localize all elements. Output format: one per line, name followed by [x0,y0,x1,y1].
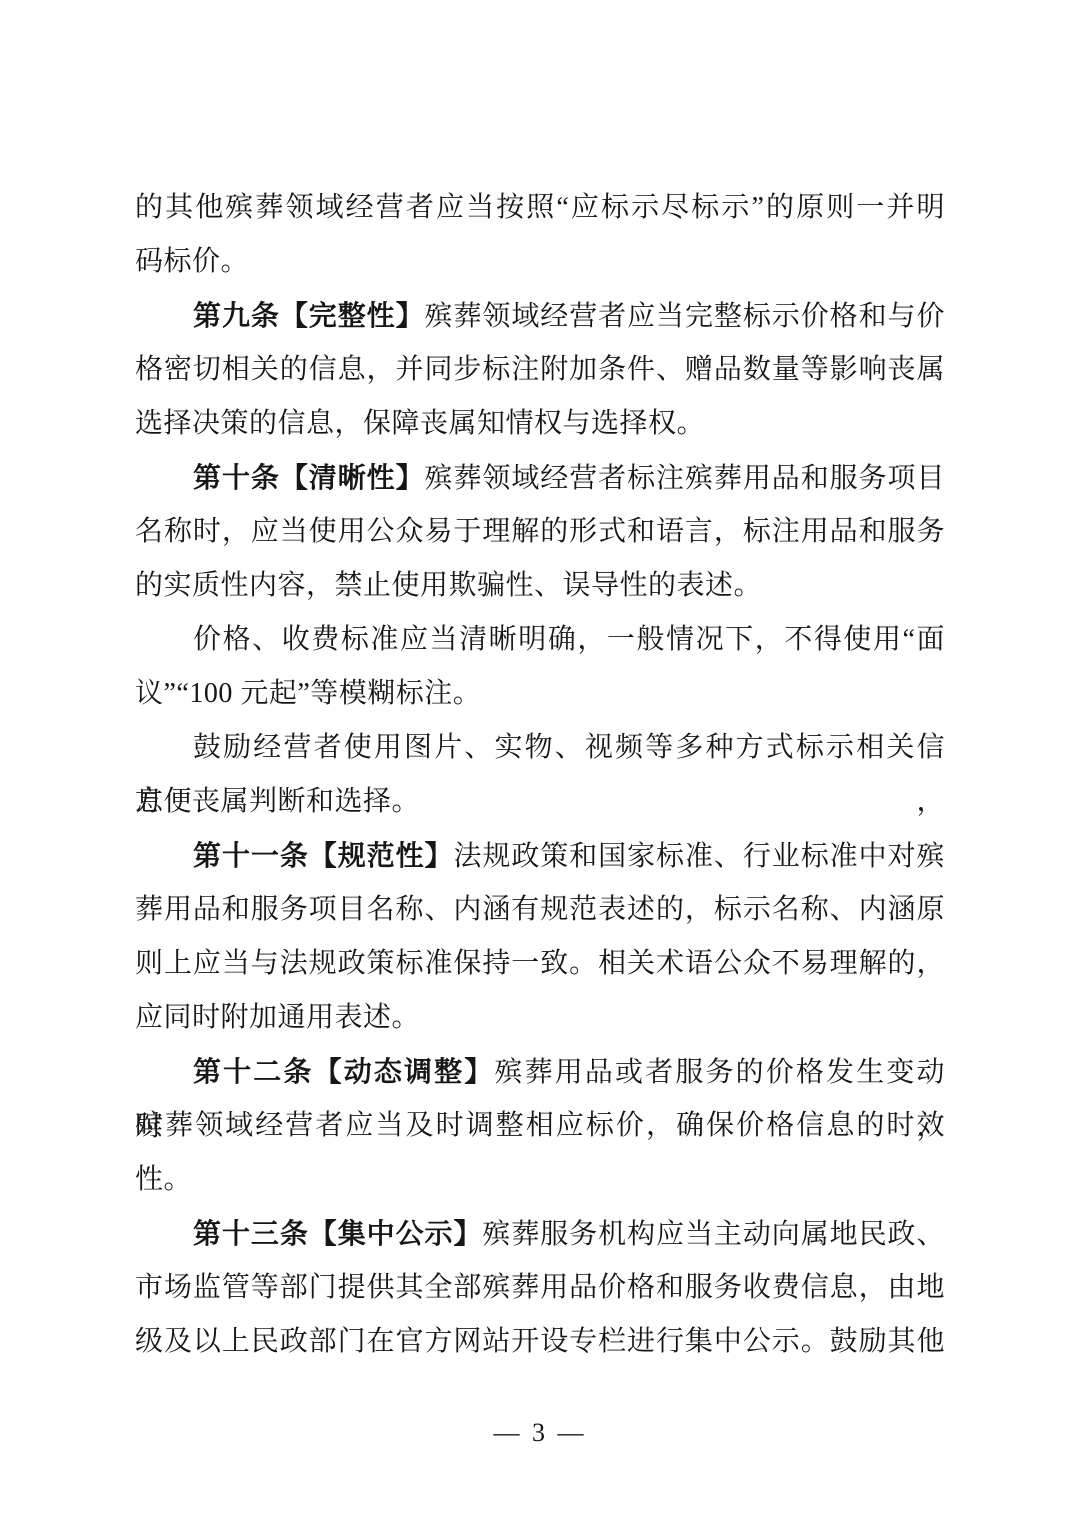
text-line: 第九条【完整性】殡葬领域经营者应当完整标示价格和与价 [135,289,945,343]
body-text: 的其他殡葬领域经营者应当按照“应标示尽标示”的原则一并明码标价。第九条【完整性】… [135,181,945,1369]
text-line: 议”“100 元起”等模糊标注。 [135,667,945,721]
text-line: 第十二条【动态调整】殡葬用品或者服务的价格发生变动时， [135,1045,945,1099]
text-line: 性。 [135,1153,945,1207]
text-line: 的其他殡葬领域经营者应当按照“应标示尽标示”的原则一并明 [135,181,945,235]
text-line: 的实质性内容，禁止使用欺骗性、误导性的表述。 [135,559,945,613]
text-run: 法规政策和国家标准、行业标准中对殡 [453,841,945,872]
text-line: 名称时，应当使用公众易于理解的形式和语言，标注用品和服务 [135,505,945,559]
article-heading-run: 第十二条【动态调整】 [193,1056,494,1087]
text-line: 级及以上民政部门在官方网站开设专栏进行集中公示。鼓励其他 [135,1315,945,1369]
article-heading-run: 第十三条【集中公示】 [193,1218,482,1249]
text-line: 第十条【清晰性】殡葬领域经营者标注殡葬用品和服务项目 [135,451,945,505]
text-run: 议”“100 元起”等模糊标注。 [135,678,481,709]
page-number: — 3 — [0,1406,1080,1460]
text-run: 性。 [135,1164,192,1195]
text-run: 选择决策的信息，保障丧属知情权与选择权。 [135,408,705,439]
text-line: 选择决策的信息，保障丧属知情权与选择权。 [135,397,945,451]
text-line: 殡葬领域经营者应当及时调整相应标价，确保价格信息的时效 [135,1099,945,1153]
text-run: 殡葬领域经营者应当及时调整相应标价，确保价格信息的时效 [135,1110,945,1141]
text-run: 名称时，应当使用公众易于理解的形式和语言，标注用品和服务 [135,516,945,547]
text-line: 第十三条【集中公示】殡葬服务机构应当主动向属地民政、 [135,1207,945,1261]
text-line: 葬用品和服务项目名称、内涵有规范表述的，标示名称、内涵原 [135,883,945,937]
text-run: 级及以上民政部门在官方网站开设专栏进行集中公示。鼓励其他 [135,1326,945,1357]
text-line: 则上应当与法规政策标准保持一致。相关术语公众不易理解的， [135,937,945,991]
text-line: 市场监管等部门提供其全部殡葬用品价格和服务收费信息，由地 [135,1261,945,1315]
text-run: 价格、收费标准应当清晰明确，一般情况下，不得使用“面 [193,624,945,655]
document-page: 的其他殡葬领域经营者应当按照“应标示尽标示”的原则一并明码标价。第九条【完整性】… [0,0,1080,1528]
text-run: 码标价。 [135,246,249,277]
text-line: 鼓励经营者使用图片、实物、视频等多种方式标示相关信息， [135,721,945,775]
text-line: 格密切相关的信息，并同步标注附加条件、赠品数量等影响丧属 [135,343,945,397]
text-run: 市场监管等部门提供其全部殡葬用品价格和服务收费信息，由地 [135,1272,945,1303]
text-run: 方便丧属判断和选择。 [135,786,420,817]
text-run: 葬用品和服务项目名称、内涵有规范表述的，标示名称、内涵原 [135,894,945,925]
text-run: 殡葬服务机构应当主动向属地民政、 [482,1219,945,1250]
text-run: 殡葬领域经营者应当完整标示价格和与价 [425,301,945,332]
text-run: 殡葬领域经营者标注殡葬用品和服务项目 [425,463,945,494]
text-line: 价格、收费标准应当清晰明确，一般情况下，不得使用“面 [135,613,945,667]
text-run: 的实质性内容，禁止使用欺骗性、误导性的表述。 [135,570,762,601]
article-heading-run: 第十条【清晰性】 [193,462,425,493]
text-run: 的其他殡葬领域经营者应当按照“应标示尽标示”的原则一并明 [135,192,945,223]
text-line: 第十一条【规范性】法规政策和国家标准、行业标准中对殡 [135,829,945,883]
article-heading-run: 第九条【完整性】 [193,300,425,331]
text-run: 应同时附加通用表述。 [135,1002,420,1033]
text-run: 则上应当与法规政策标准保持一致。相关术语公众不易理解的， [135,948,945,979]
text-line: 应同时附加通用表述。 [135,991,945,1045]
text-run: 格密切相关的信息，并同步标注附加条件、赠品数量等影响丧属 [135,354,945,385]
text-line: 码标价。 [135,235,945,289]
article-heading-run: 第十一条【规范性】 [193,840,453,871]
